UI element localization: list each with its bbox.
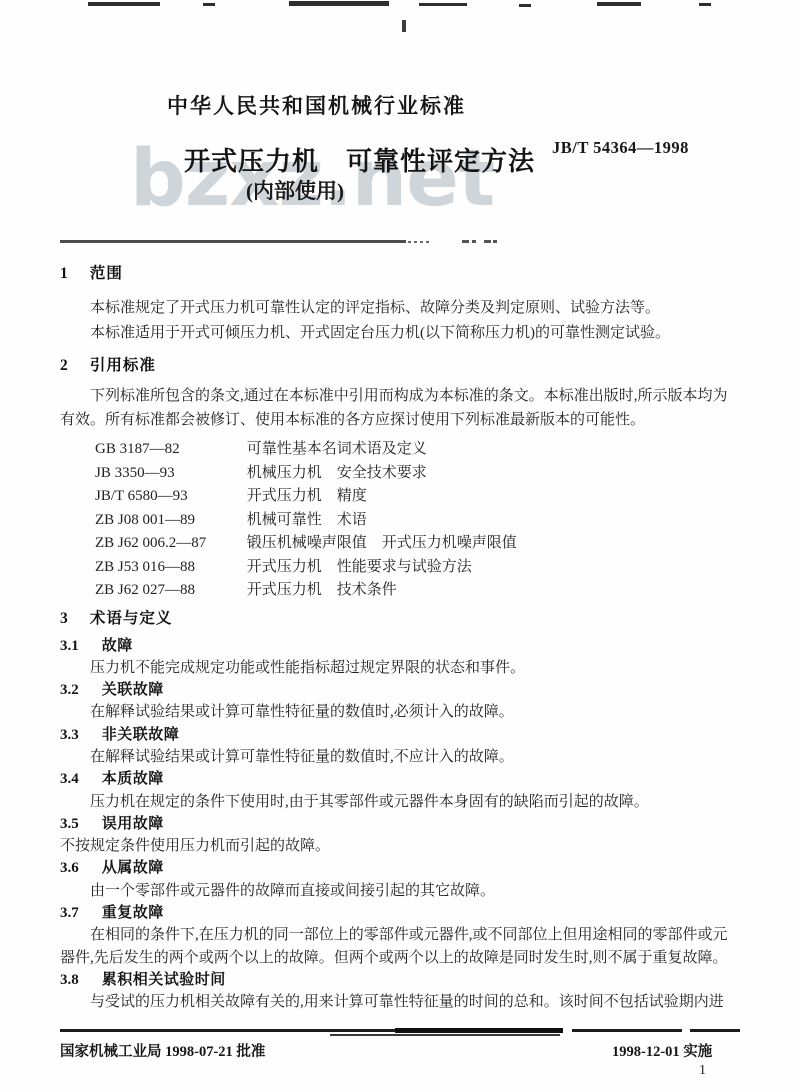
section-1-heading: 1 范围 xyxy=(60,264,742,284)
term-number: 3.5 xyxy=(60,813,86,835)
term-label: 非关联故障 xyxy=(102,727,180,743)
term-heading: 3.7 重复故障 xyxy=(60,902,742,924)
scan-artifact xyxy=(462,240,469,243)
scope-paragraph-2: 本标准适用于开式可倾压力机、开式固定台压力机(以下简称压力机)的可靠性测定试验。 xyxy=(60,321,742,346)
section-3-heading: 3 术语与定义 xyxy=(60,609,742,629)
footer-approval-text: 国家机械工业局 1998-07-21 批准 xyxy=(60,1040,265,1061)
term-number: 3.7 xyxy=(60,902,86,924)
scan-artifact xyxy=(519,4,531,7)
reference-code: JB/T 6580—93 xyxy=(95,485,243,509)
reference-title: 可靠性基本名词术语及定义 xyxy=(247,441,427,457)
reference-row: ZB J08 001—89 机械可靠性 术语 xyxy=(95,509,742,533)
term-label: 误用故障 xyxy=(102,816,164,832)
references-intro: 下列标准所包含的条文,通过在本标准中引用而构成为本标准的条文。本标准出版时,所示… xyxy=(60,384,742,432)
reference-row: ZB J62 027—88 开式压力机 技术条件 xyxy=(95,579,742,603)
reference-title: 开式压力机 精度 xyxy=(247,488,367,504)
term-label: 关联故障 xyxy=(102,682,164,698)
term-definition: 与受试的压力机相关故障有关的,用来计算可靠性特征量的时间的总和。该时间不包括试验… xyxy=(60,991,742,1013)
term-heading: 3.3 非关联故障 xyxy=(60,724,742,746)
scan-artifact xyxy=(493,240,497,243)
scan-artifact xyxy=(472,240,476,243)
section-2-heading: 2 引用标准 xyxy=(60,356,742,376)
document-subtitle: (内部使用) xyxy=(246,175,344,205)
section-title: 范围 xyxy=(90,265,123,282)
section-title: 引用标准 xyxy=(90,357,156,374)
reference-row: JB/T 6580—93 开式压力机 精度 xyxy=(95,485,742,509)
reference-code: ZB J53 016—88 xyxy=(95,556,243,580)
term-number: 3.3 xyxy=(60,724,86,746)
section-number: 1 xyxy=(60,264,70,284)
term-heading: 3.1 故障 xyxy=(60,635,742,657)
term-heading: 3.6 从属故障 xyxy=(60,857,742,879)
reference-title: 开式压力机 性能要求与试验方法 xyxy=(247,559,472,575)
header-rule xyxy=(60,240,406,243)
footer-separator-thick xyxy=(395,1028,565,1033)
scan-artifact xyxy=(402,20,406,32)
section-number: 3 xyxy=(60,609,70,629)
reference-title: 锻压机械噪声限值 开式压力机噪声限值 xyxy=(247,535,517,551)
term-definition: 不按规定条件使用压力机而引起的故障。 xyxy=(60,835,742,857)
document-title: 开式压力机 可靠性评定方法 xyxy=(184,141,535,178)
reference-title: 开式压力机 技术条件 xyxy=(247,582,397,598)
term-heading: 3.2 关联故障 xyxy=(60,679,742,701)
term-number: 3.1 xyxy=(60,635,86,657)
section-title: 术语与定义 xyxy=(90,610,173,627)
term-number: 3.4 xyxy=(60,768,86,790)
references-list: GB 3187—82 可靠性基本名词术语及定义 JB 3350—93 机械压力机… xyxy=(60,438,742,603)
document-body: 1 范围 本标准规定了开式压力机可靠性认定的评定指标、故障分类及判定原则、试验方… xyxy=(60,264,742,1014)
term-heading: 3.4 本质故障 xyxy=(60,768,742,790)
term-label: 故障 xyxy=(102,638,133,654)
reference-row: JB 3350—93 机械压力机 安全技术要求 xyxy=(95,462,742,486)
reference-code: GB 3187—82 xyxy=(95,438,243,462)
reference-code: ZB J62 006.2—87 xyxy=(95,532,243,556)
scan-artifact xyxy=(414,241,417,243)
standard-org-line: 中华人民共和国机械行业标准 xyxy=(167,90,466,120)
reference-code: ZB J62 027—88 xyxy=(95,579,243,603)
reference-code: JB 3350—93 xyxy=(95,462,243,486)
term-number: 3.8 xyxy=(60,969,86,991)
scan-artifact xyxy=(408,241,411,243)
term-number: 3.6 xyxy=(60,857,86,879)
reference-row: ZB J62 006.2—87 锻压机械噪声限值 开式压力机噪声限值 xyxy=(95,532,742,556)
term-label: 重复故障 xyxy=(102,905,164,921)
reference-title: 机械压力机 安全技术要求 xyxy=(247,465,427,481)
scope-paragraph-1: 本标准规定了开式压力机可靠性认定的评定指标、故障分类及判定原则、试验方法等。 xyxy=(60,296,742,321)
scan-artifact xyxy=(699,3,711,6)
term-label: 从属故障 xyxy=(102,860,164,876)
term-definition: 由一个零部件或元器件的故障而直接或间接引起的其它故障。 xyxy=(60,880,742,902)
scan-artifact xyxy=(203,3,215,6)
term-definition: 在解释试验结果或计算可靠性特征量的数值时,不应计入的故障。 xyxy=(60,746,742,768)
document-page: bzxz.net 中华人民共和国机械行业标准 开式压力机 可靠性评定方法 JB/… xyxy=(0,0,800,1092)
footer-implementation-text: 1998-12-01 实施 xyxy=(612,1040,712,1061)
separator-gap xyxy=(563,1027,572,1034)
term-label: 累积相关试验时间 xyxy=(102,972,226,988)
scan-artifact xyxy=(88,2,160,6)
term-number: 3.2 xyxy=(60,679,86,701)
reference-code: ZB J08 001—89 xyxy=(95,509,243,533)
section-number: 2 xyxy=(60,356,70,376)
scan-artifact xyxy=(419,3,467,6)
standard-number: JB/T 54364—1998 xyxy=(552,138,689,158)
term-label: 本质故障 xyxy=(102,771,164,787)
scan-artifact xyxy=(289,1,389,6)
term-definition: 压力机不能完成规定功能或性能指标超过规定界限的状态和事件。 xyxy=(60,657,742,679)
scan-artifact xyxy=(420,241,423,243)
term-definition: 在解释试验结果或计算可靠性特征量的数值时,必须计入的故障。 xyxy=(60,701,742,723)
term-definition: 在相同的条件下,在压力机的同一部位上的零部件或元器件,或不同部位上但用途相同的零… xyxy=(60,924,742,969)
term-heading: 3.5 误用故障 xyxy=(60,813,742,835)
term-heading: 3.8 累积相关试验时间 xyxy=(60,969,742,991)
terms-list: 3.1 故障 压力机不能完成规定功能或性能指标超过规定界限的状态和事件。 3.2… xyxy=(60,635,742,1014)
term-definition: 压力机在规定的条件下使用时,由于其零部件或元器件本身固有的缺陷而引起的故障。 xyxy=(60,791,742,813)
reference-title: 机械可靠性 术语 xyxy=(247,512,367,528)
separator-gap xyxy=(682,1027,690,1034)
reference-row: GB 3187—82 可靠性基本名词术语及定义 xyxy=(95,438,742,462)
scan-artifact xyxy=(426,241,429,243)
reference-row: ZB J53 016—88 开式压力机 性能要求与试验方法 xyxy=(95,556,742,580)
page-number: 1 xyxy=(699,1063,706,1079)
footer-separator-sub xyxy=(330,1034,560,1036)
scan-artifact xyxy=(484,240,491,243)
scan-artifact xyxy=(597,2,641,6)
